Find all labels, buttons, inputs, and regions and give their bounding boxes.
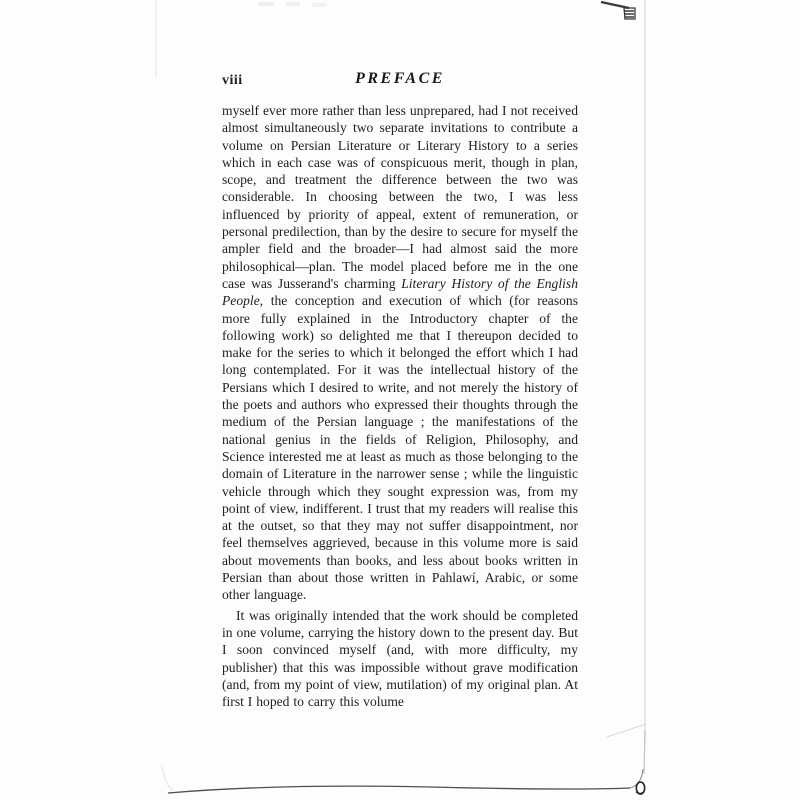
running-title: PREFACE (222, 70, 578, 88)
faint-diagonal-mark (607, 724, 646, 737)
paragraph-text: , the conception and execution of which … (222, 293, 578, 602)
page-header: viii PREFACE (222, 70, 578, 92)
bottom-edge-line (168, 786, 630, 793)
page-number: viii (222, 73, 243, 89)
top-smudge (286, 2, 300, 6)
bottom-left-faint-curve (162, 766, 173, 791)
bottom-right-ink-hook (630, 769, 645, 794)
preface-body-text: myself ever more rather than less unprep… (222, 102, 578, 710)
right-fold-line-dark-tail (644, 730, 645, 774)
paragraph-continued: myself ever more rather than less unprep… (222, 102, 578, 604)
top-right-ink-scribble (601, 2, 635, 19)
paragraph: It was originally intended that the work… (222, 607, 578, 711)
top-smudge (312, 3, 326, 7)
paragraph-text: myself ever more rather than less unprep… (222, 103, 578, 291)
top-smudge (258, 2, 274, 6)
scanned-book-page: viii PREFACE myself ever more rather tha… (0, 0, 800, 800)
